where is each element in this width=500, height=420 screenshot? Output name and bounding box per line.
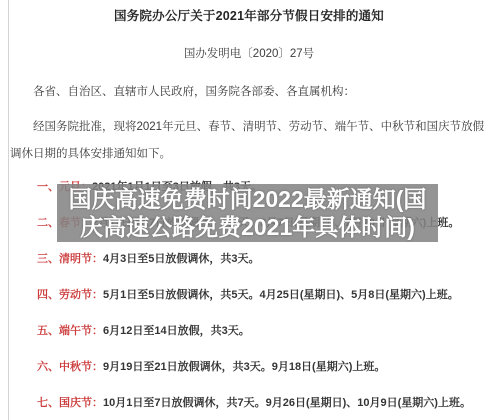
holiday-label: 三、清明节： <box>37 253 103 265</box>
holiday-item: 五、端午节：6月12日至14日放假，共3天。 <box>10 324 488 339</box>
holiday-text: 6月12日至14日放假，共3天。 <box>103 325 250 337</box>
intro-paragraph: 经国务院批准，现将2021年元旦、春节、清明节、劳动节、端午节、中秋节和国庆节放… <box>10 114 488 168</box>
holiday-text: 4月3日至5日放假调休，共3天。 <box>103 253 259 265</box>
notice-title: 国务院办公厅关于2021年部分节假日安排的通知 <box>10 8 488 24</box>
holiday-item: 三、清明节：4月3日至5日放假调休，共3天。 <box>10 252 488 267</box>
holiday-label: 六、中秋节： <box>37 361 103 373</box>
holiday-item: 六、中秋节：9月19日至21日放假调休，共3天。9月18日(星期六)上班。 <box>10 360 488 375</box>
holiday-label: 五、端午节： <box>37 325 103 337</box>
holiday-label: 七、国庆节： <box>37 397 103 409</box>
overlay-line-1: 国庆高速免费时间2022最新通知(国 <box>69 185 427 213</box>
salutation-line: 各省、自治区、直辖市人民政府，国务院各部委、各直属机构： <box>10 85 488 100</box>
document-number: 国办发明电〔2020〕27号 <box>10 46 488 62</box>
holiday-item: 七、国庆节：10月1日至7日放假调休，共7天。9月26日(星期日)、10月9日(… <box>10 396 488 411</box>
holiday-text: 10月1日至7日放假调休，共7天。9月26日(星期日)、10月9日(星期六)上班… <box>103 397 471 409</box>
holiday-item: 四、劳动节：5月1日至5日放假调休，共5天。4月25日(星期日)、5月8日(星期… <box>10 288 488 303</box>
holiday-text: 9月19日至21日放假调休，共3天。9月18日(星期六)上班。 <box>103 361 385 373</box>
article-title-overlay: 国庆高速免费时间2022最新通知(国 庆高速公路免费2021年具体时间) <box>57 184 438 242</box>
holiday-text: 5月1日至5日放假调休，共5天。4月25日(星期日)、5月8日(星期六)上班。 <box>103 289 459 301</box>
notice-page: 国务院办公厅关于2021年部分节假日安排的通知 国办发明电〔2020〕27号 各… <box>0 0 500 420</box>
holiday-label: 四、劳动节： <box>37 289 103 301</box>
overlay-line-2: 庆高速公路免费2021年具体时间) <box>80 213 415 241</box>
